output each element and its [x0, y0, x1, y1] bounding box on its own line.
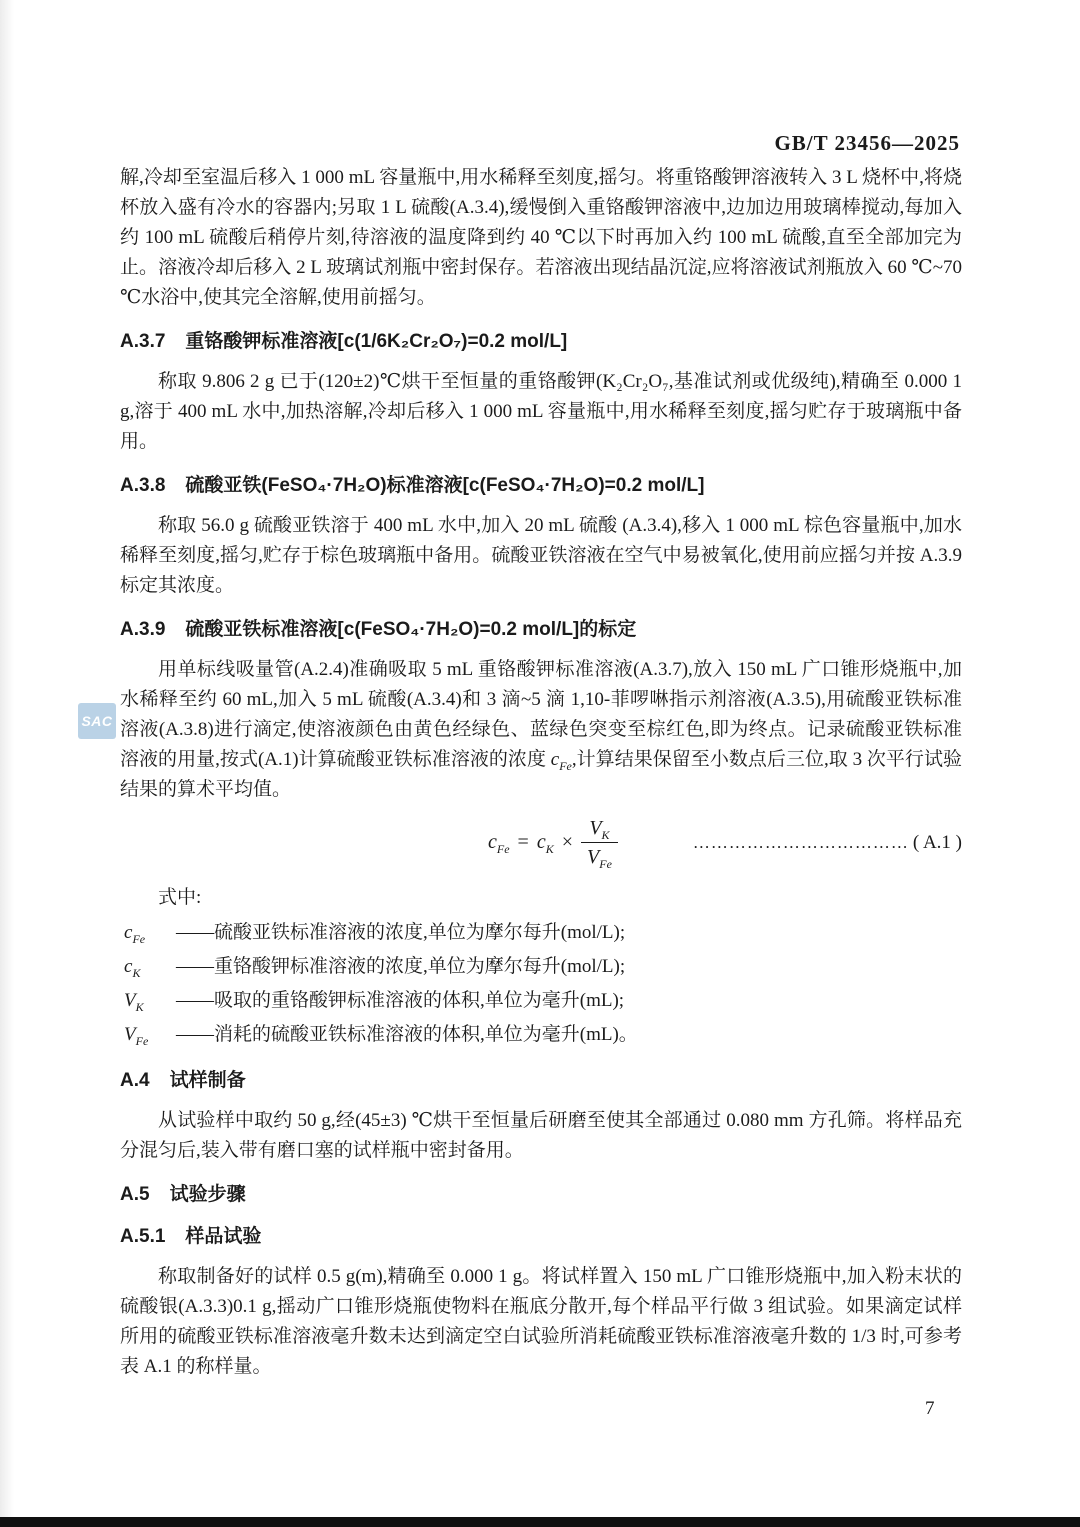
symbol-subscript: Fe [132, 932, 145, 946]
section-heading-a5: A.5试验步骤 [120, 1182, 962, 1208]
equation-a1: cFe = cK × VK VFe ……………………………… ( A.1 ) [120, 815, 962, 870]
var-letter: c [488, 831, 497, 853]
symbol-subscript: K [136, 1000, 144, 1014]
paragraph-a4: 从试验样中取约 50 g,经(45±3) ℃烘干至恒量后研磨至使其全部通过 0.… [120, 1106, 962, 1166]
section-number: A.5.1 [120, 1226, 165, 1247]
paragraph-a3-8: 称取 56.0 g 硫酸亚铁溶于 400 mL 水中,加入 20 mL 硫酸 (… [120, 511, 962, 601]
symbol-letter: c [551, 749, 559, 770]
section-title: 样品试验 [185, 1226, 261, 1247]
var-letter: c [537, 831, 546, 853]
section-title: 试验步骤 [170, 1184, 246, 1205]
section-number: A.5 [120, 1184, 150, 1205]
definition-row-v-k: VK——吸取的重铬酸钾标准溶液的体积,单位为毫升(mL); [120, 984, 962, 1018]
paragraph-a3-9: 用单标线吸量管(A.2.4)准确吸取 5 mL 重铬酸钾标准溶液(A.3.7),… [120, 655, 962, 805]
section-heading-a3-7: A.3.7重铬酸钾标准溶液[c(1/6K₂Cr₂O₇)=0.2 mol/L] [120, 329, 962, 355]
scan-bottom-edge [0, 1517, 1080, 1527]
sac-watermark-label: SAC [81, 713, 112, 729]
paragraph-a5-1: 称取制备好的试样 0.5 g(m),精确至 0.000 1 g。将试样置入 15… [120, 1262, 962, 1382]
equation-number: ( A.1 ) [913, 832, 962, 854]
var-letter: V [589, 817, 601, 839]
definition-symbol: VK [124, 984, 176, 1018]
symbol-subscript: K [132, 966, 140, 980]
definition-row-v-fe: VFe——消耗的硫酸亚铁标准溶液的体积,单位为毫升(mL)。 [120, 1018, 962, 1052]
paragraph-a3-7: 称取 9.806 2 g 已于(120±2)℃烘干至恒量的重铬酸钾(K₂Cr₂O… [120, 367, 962, 457]
var-c-k: cK [537, 831, 554, 854]
var-letter: V [587, 846, 599, 868]
var-subscript: K [546, 842, 554, 856]
section-title: 硫酸亚铁标准溶液[c(FeSO₄·7H₂O)=0.2 mol/L]的标定 [185, 619, 636, 640]
definition-text: ——硫酸亚铁标准溶液的浓度,单位为摩尔每升(mol/L); [176, 922, 625, 943]
fraction-denominator: VFe [581, 843, 618, 870]
equation-expression: cFe = cK × VK VFe [488, 815, 618, 870]
var-subscript: K [602, 828, 610, 842]
symbol-c-fe: cFe [551, 749, 572, 770]
fraction-numerator: VK [581, 815, 618, 843]
page-number: 7 [925, 1398, 935, 1420]
section-heading-a5-1: A.5.1样品试验 [120, 1224, 962, 1250]
symbol-subscript: Fe [136, 1034, 149, 1048]
section-number: A.3.8 [120, 475, 165, 496]
symbol-subscript: Fe [559, 759, 572, 773]
section-title: 重铬酸钾标准溶液[c(1/6K₂Cr₂O₇)=0.2 mol/L] [185, 331, 567, 352]
scan-left-edge [0, 0, 14, 1517]
definition-text: ——吸取的重铬酸钾标准溶液的体积,单位为毫升(mL); [176, 990, 624, 1011]
dotted-leader: ……………………………… [636, 833, 909, 853]
section-heading-a4: A.4试样制备 [120, 1068, 962, 1094]
symbol-letter: V [124, 1024, 136, 1045]
var-subscript: Fe [497, 842, 510, 856]
document-body: 解,冷却至室温后移入 1 000 mL 容量瓶中,用水稀释至刻度,摇匀。将重铬酸… [120, 163, 962, 1382]
definition-symbol: VFe [124, 1018, 176, 1052]
standard-code: GB/T 23456—2025 [774, 131, 960, 156]
section-heading-a3-9: A.3.9硫酸亚铁标准溶液[c(FeSO₄·7H₂O)=0.2 mol/L]的标… [120, 617, 962, 643]
definition-symbol: cFe [124, 916, 176, 950]
section-number: A.3.9 [120, 619, 165, 640]
definition-row-c-k: cK——重铬酸钾标准溶液的浓度,单位为摩尔每升(mol/L); [120, 950, 962, 984]
definition-text: ——重铬酸钾标准溶液的浓度,单位为摩尔每升(mol/L); [176, 956, 625, 977]
definition-row-c-fe: cFe——硫酸亚铁标准溶液的浓度,单位为摩尔每升(mol/L); [120, 916, 962, 950]
section-title: 试样制备 [170, 1070, 246, 1091]
section-heading-a3-8: A.3.8硫酸亚铁(FeSO₄·7H₂O)标准溶液[c(FeSO₄·7H₂O)=… [120, 473, 962, 499]
var-subscript: Fe [599, 857, 612, 871]
fraction: VK VFe [581, 815, 618, 870]
definition-symbol: cK [124, 950, 176, 984]
where-label: 式中: [120, 882, 962, 914]
section-title: 硫酸亚铁(FeSO₄·7H₂O)标准溶液[c(FeSO₄·7H₂O)=0.2 m… [185, 475, 704, 496]
sac-watermark: SAC [78, 703, 116, 739]
equals-sign: = [518, 831, 529, 854]
section-number: A.3.7 [120, 331, 165, 352]
definition-text: ——消耗的硫酸亚铁标准溶液的体积,单位为毫升(mL)。 [176, 1024, 638, 1045]
section-number: A.4 [120, 1070, 150, 1091]
multiply-sign: × [562, 831, 573, 854]
paragraph-continuation: 解,冷却至室温后移入 1 000 mL 容量瓶中,用水稀释至刻度,摇匀。将重铬酸… [120, 163, 962, 313]
symbol-letter: V [124, 990, 136, 1011]
var-c-fe: cFe [488, 831, 510, 854]
